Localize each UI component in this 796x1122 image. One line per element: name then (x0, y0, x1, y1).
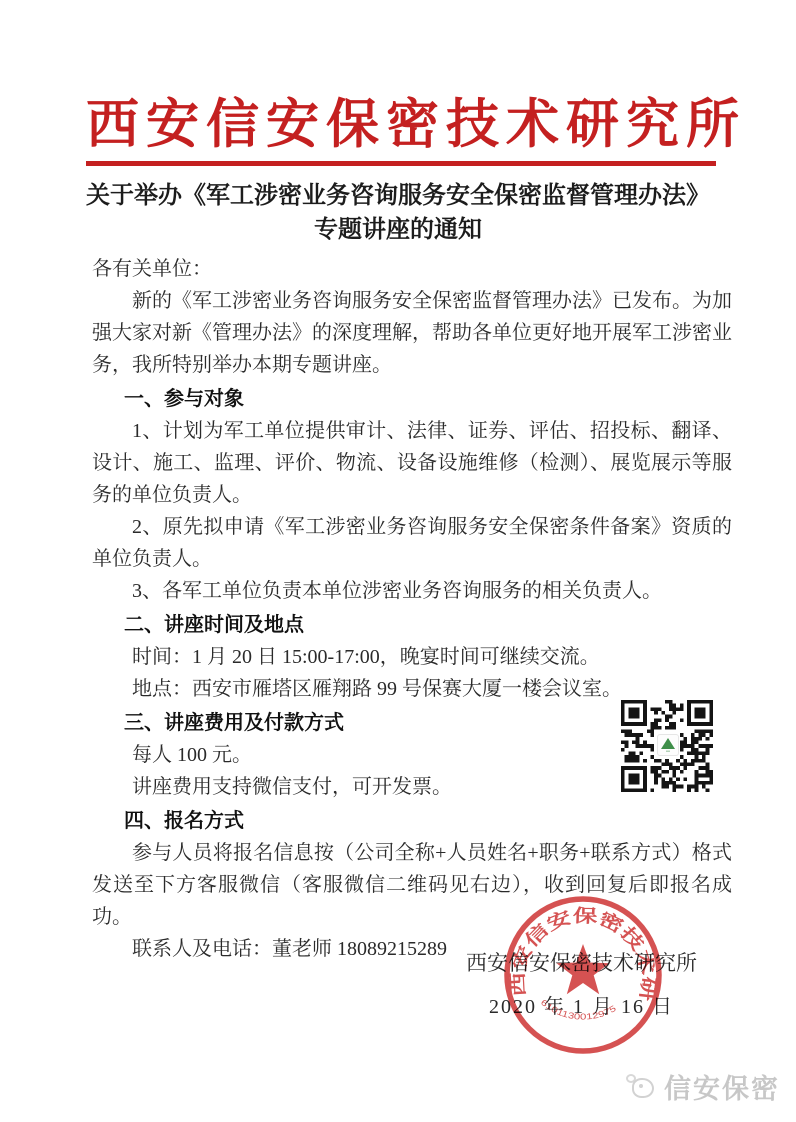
mascot-logo-icon (626, 1074, 656, 1100)
notice-body: 各有关单位： 新的《军工涉密业务咨询服务安全保密监督管理办法》已发布。为加强大家… (92, 253, 732, 965)
section-2-time-line: 时间：1 月 20 日 15:00-17:00，晚宴时间可继续交流。 (92, 641, 732, 673)
signature-org-name: 西安信安保密技术研究所 (466, 948, 697, 978)
section-1-heading: 一、参与对象 (92, 383, 732, 415)
brand-watermark-text: 信安保密 (664, 1067, 780, 1106)
triangle-icon (661, 738, 675, 749)
brand-watermark: 信安保密 (626, 1067, 780, 1106)
signature-block: 西安信安保密技术研究所 2020 年 1 月 16 日 (466, 948, 697, 1022)
letterhead: 西安信安保密技术研究所 (86, 82, 716, 166)
section-4-paragraph-1: 参与人员将报名信息按（公司全称+人员姓名+职务+联系方式）格式发送至下方客服微信… (92, 837, 732, 933)
notice-title-line1: 关于举办《军工涉密业务咨询服务安全保密监督管理办法》 (40, 179, 756, 213)
letterhead-org-name: 西安信安保密技术研究所 (86, 82, 716, 158)
section-1-paragraph-2: 2、原先拟申请《军工涉密业务咨询服务安全保密条件备案》资质的单位负责人。 (92, 511, 732, 575)
notice-document: 西安信安保密技术研究所 关于举办《军工涉密业务咨询服务安全保密监督管理办法》 专… (0, 0, 796, 1122)
intro-paragraph: 新的《军工涉密业务咨询服务安全保密监督管理办法》已发布。为加强大家对新《管理办法… (92, 285, 732, 381)
notice-title-line2: 专题讲座的通知 (40, 213, 756, 247)
section-2-heading: 二、讲座时间及地点 (92, 609, 732, 641)
section-1-paragraph-3: 3、各军工单位负责本单位涉密业务咨询服务的相关负责人。 (92, 575, 732, 607)
notice-title: 关于举办《军工涉密业务咨询服务安全保密监督管理办法》 专题讲座的通知 (40, 179, 756, 247)
section-1-paragraph-1: 1、计划为军工单位提供审计、法律、证券、评估、招投标、翻译、设计、施工、监理、评… (92, 415, 732, 511)
wechat-qr-code: ▪▪▪▪ (621, 700, 713, 792)
qr-center-logo-icon: ▪▪▪▪ (657, 734, 679, 756)
salutation: 各有关单位： (92, 253, 732, 285)
signature-date: 2020 年 1 月 16 日 (466, 992, 697, 1022)
section-4-heading: 四、报名方式 (92, 805, 732, 837)
